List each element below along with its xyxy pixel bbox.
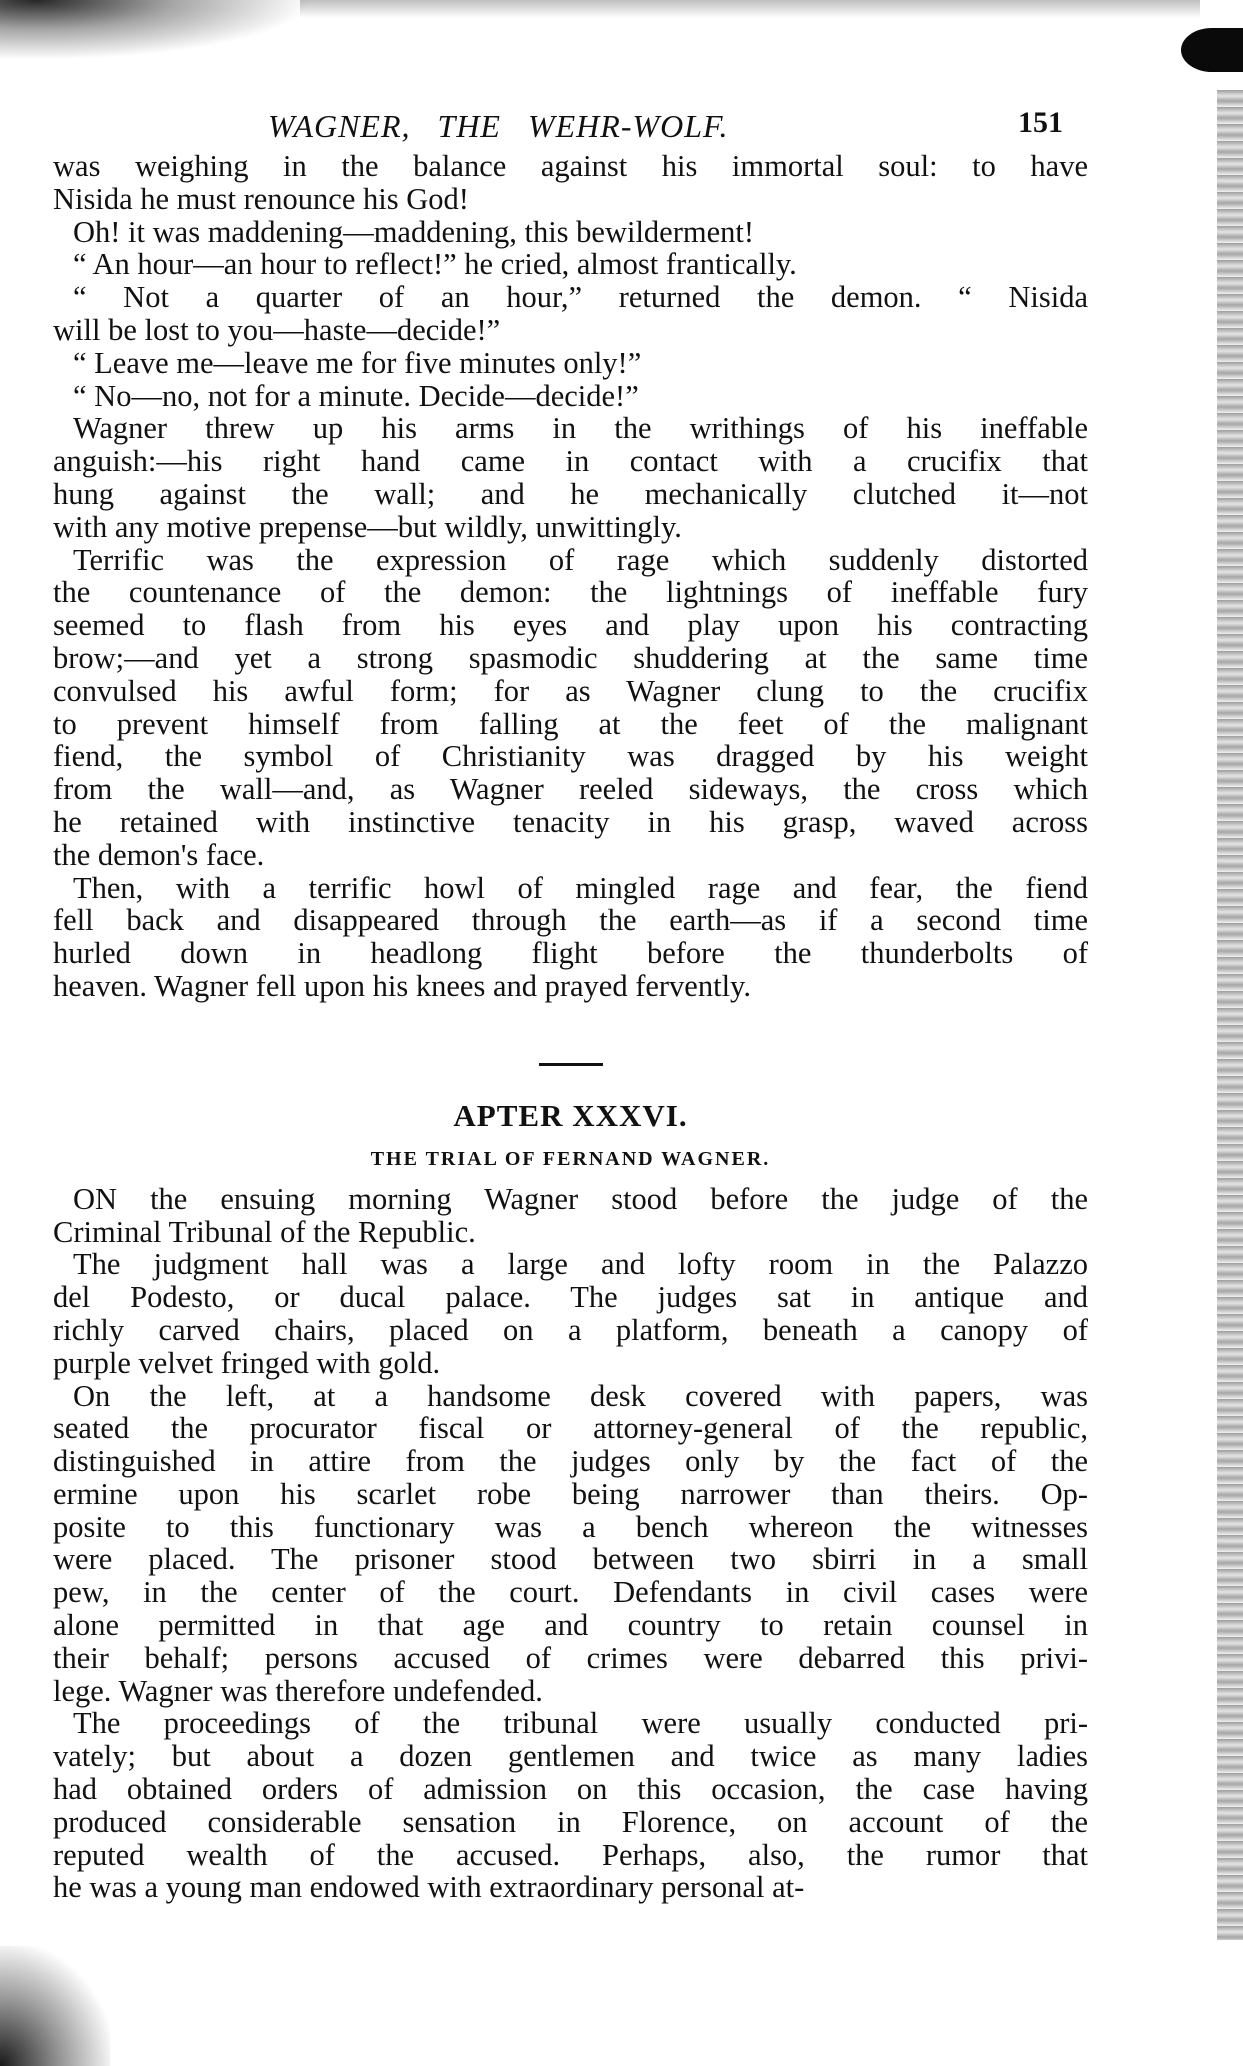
scan-noise-bottom-left — [0, 1946, 110, 2066]
text-line: “ Not a quarter of an hour,” returned th… — [53, 281, 1088, 314]
section-divider-rule — [539, 1063, 603, 1066]
text-line: seated the procurator fiscal or attorney… — [53, 1412, 1088, 1445]
chapter-subtitle: THE TRIAL OF FERNAND WAGNER. — [53, 1148, 1088, 1171]
text-line: Terrific was the expression of rage whic… — [53, 544, 1088, 577]
paragraph: “ No—no, not for a minute. Decide—decide… — [53, 380, 1088, 413]
text-line: had obtained orders of admission on this… — [53, 1773, 1088, 1806]
text-line: Criminal Tribunal of the Republic. — [53, 1216, 1088, 1249]
text-line: hung against the wall; and he mechanical… — [53, 478, 1088, 511]
text-line: fiend, the symbol of Christianity was dr… — [53, 740, 1088, 773]
text-line: the demon's face. — [53, 839, 1088, 872]
text-line: ON the ensuing morning Wagner stood befo… — [53, 1183, 1088, 1216]
text-line: The judgment hall was a large and lofty … — [53, 1248, 1088, 1281]
text-line: Oh! it was maddening—maddening, this bew… — [53, 216, 1088, 249]
text-line: pew, in the center of the court. Defenda… — [53, 1576, 1088, 1609]
text-line: “ Leave me—leave me for five minutes onl… — [53, 347, 1088, 380]
text-line: purple velvet fringed with gold. — [53, 1347, 1088, 1380]
paragraph: Wagner threw up his arms in the writhing… — [53, 412, 1088, 543]
text-line: alone permitted in that age and country … — [53, 1609, 1088, 1642]
scan-noise-top-edge — [300, 0, 1200, 18]
text-line: “ An hour—an hour to reflect!” he cried,… — [53, 248, 1088, 281]
text-line: hurled down in headlong flight before th… — [53, 937, 1088, 970]
text-line: their behalf; persons accused of crimes … — [53, 1642, 1088, 1675]
text-line: convulsed his awful form; for as Wagner … — [53, 675, 1088, 708]
running-title: WAGNER, THE WEHR-WOLF. — [268, 108, 728, 145]
book-page: WAGNER, THE WEHR-WOLF. 151 was weighing … — [53, 100, 1088, 1904]
text-line: anguish:—his right hand came in contact … — [53, 445, 1088, 478]
paragraph: ON the ensuing morning Wagner stood befo… — [53, 1183, 1088, 1249]
text-line: he was a young man endowed with extraord… — [53, 1871, 1088, 1904]
text-line: to prevent himself from falling at the f… — [53, 708, 1088, 741]
text-line: brow;—and yet a strong spasmodic shudder… — [53, 642, 1088, 675]
text-line: distinguished in attire from the judges … — [53, 1445, 1088, 1478]
paragraph: was weighing in the balance against his … — [53, 150, 1088, 216]
scan-noise-right-edge — [1217, 90, 1243, 1940]
text-line: will be lost to you—haste—decide!” — [53, 314, 1088, 347]
text-line: “ No—no, not for a minute. Decide—decide… — [53, 380, 1088, 413]
text-line: produced considerable sensation in Flore… — [53, 1806, 1088, 1839]
text-line: with any motive prepense—but wildly, unw… — [53, 511, 1088, 544]
text-line: reputed wealth of the accused. Perhaps, … — [53, 1839, 1088, 1872]
text-line: vately; but about a dozen gentlemen and … — [53, 1740, 1088, 1773]
page-number: 151 — [1018, 106, 1063, 140]
section-chapter-body: ON the ensuing morning Wagner stood befo… — [53, 1183, 1088, 1905]
text-line: the countenance of the demon: the lightn… — [53, 576, 1088, 609]
text-line: seemed to flash from his eyes and play u… — [53, 609, 1088, 642]
paragraph: The judgment hall was a large and lofty … — [53, 1248, 1088, 1379]
text-line: fell back and disappeared through the ea… — [53, 904, 1088, 937]
paragraph: The proceedings of the tribunal were usu… — [53, 1707, 1088, 1904]
text-line: The proceedings of the tribunal were usu… — [53, 1707, 1088, 1740]
text-line: lege. Wagner was therefore undefended. — [53, 1675, 1088, 1708]
paragraph: “ Leave me—leave me for five minutes onl… — [53, 347, 1088, 380]
text-line: from the wall—and, as Wagner reeled side… — [53, 773, 1088, 806]
paragraph: “ Not a quarter of an hour,” returned th… — [53, 281, 1088, 347]
text-line: del Podesto, or ducal palace. The judges… — [53, 1281, 1088, 1314]
text-line: Then, with a terrific howl of mingled ra… — [53, 872, 1088, 905]
text-line: ermine upon his scarlet robe being narro… — [53, 1478, 1088, 1511]
text-line: was weighing in the balance against his … — [53, 150, 1088, 183]
running-head: WAGNER, THE WEHR-WOLF. 151 — [53, 100, 1088, 150]
text-line: On the left, at a handsome desk covered … — [53, 1380, 1088, 1413]
text-line: he retained with instinctive tenacity in… — [53, 806, 1088, 839]
paragraph: Terrific was the expression of rage whic… — [53, 544, 1088, 872]
paragraph: On the left, at a handsome desk covered … — [53, 1380, 1088, 1708]
text-line: were placed. The prisoner stood between … — [53, 1543, 1088, 1576]
paragraph: Oh! it was maddening—maddening, this bew… — [53, 216, 1088, 249]
text-line: richly carved chairs, placed on a platfo… — [53, 1314, 1088, 1347]
ink-blot-top-right — [1181, 28, 1243, 72]
text-line: Wagner threw up his arms in the writhing… — [53, 412, 1088, 445]
text-line: heaven. Wagner fell upon his knees and p… — [53, 970, 1088, 1003]
text-line: Nisida he must renounce his God! — [53, 183, 1088, 216]
paragraph: Then, with a terrific howl of mingled ra… — [53, 872, 1088, 1003]
chapter-title: APTER XXXVI. — [53, 1098, 1088, 1134]
section-before-chapter: was weighing in the balance against his … — [53, 150, 1088, 1003]
text-line: posite to this functionary was a bench w… — [53, 1511, 1088, 1544]
paragraph: “ An hour—an hour to reflect!” he cried,… — [53, 248, 1088, 281]
